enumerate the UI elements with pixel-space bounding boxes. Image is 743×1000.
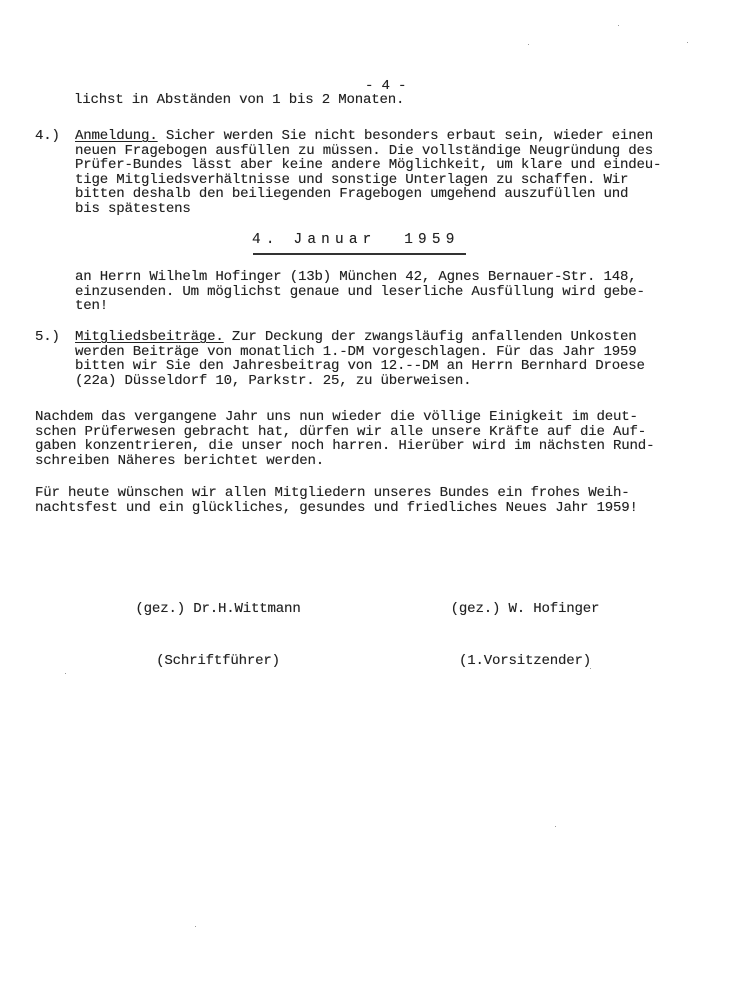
item-first-line-text: Sicher werden Sie nicht besonders erbaut… [158,128,653,144]
item-first-line-text: Zur Deckung der zwangsläufig anfallenden… [224,329,637,345]
item-number: 5.) [35,330,60,345]
document-page: - 4 - lichst in Abständen von 1 bis 2 Mo… [0,0,743,1000]
item-line: neuen Fragebogen ausfüllen zu müssen. Di… [75,144,653,159]
paragraph-line: schreiben Näheres berichtet werden. [35,454,324,469]
signatory-name: (gez.) Dr.H.Wittmann [118,602,318,617]
continuation-line: lichst in Abständen von 1 bis 2 Monaten. [74,93,404,108]
paragraph-line: schen Prüferwesen gebracht hat, dürfen w… [35,425,646,440]
signatory-name: (gez.) W. Hofinger [425,602,625,617]
signature-left: (gez.) Dr.H.Wittmann (Schriftführer) [118,573,318,698]
item-line: werden Beiträge von monatlich 1.-DM vorg… [75,345,637,360]
item-line: ten! [75,299,108,314]
item-first-line: Anmeldung. Sicher werden Sie nicht beson… [75,129,653,144]
item-heading: Anmeldung. [75,128,158,144]
item-number: 4.) [35,129,60,144]
deadline-date: 4. Januar 1959 [252,233,460,248]
item-heading: Mitgliedsbeiträge. [75,329,224,345]
item-line: Prüfer-Bundes lässt aber keine andere Mö… [75,158,661,173]
item-line: bitten wir Sie den Jahresbeitrag von 12.… [75,359,645,374]
signature-right: (gez.) W. Hofinger (1.Vorsitzender) [425,573,625,698]
deadline-underline [253,253,466,255]
item-first-line: Mitgliedsbeiträge. Zur Deckung der zwang… [75,330,637,345]
paragraph-line: gaben konzentrieren, die unser noch harr… [35,439,654,454]
paragraph-line: Für heute wünschen wir allen Mitgliedern… [35,486,630,501]
item-line: einzusenden. Um möglichst genaue und les… [75,285,645,300]
item-line: (22a) Düsseldorf 10, Parkstr. 25, zu übe… [75,374,471,389]
item-line: an Herrn Wilhelm Hofinger (13b) München … [75,270,637,285]
paragraph-line: Nachdem das vergangene Jahr uns nun wied… [35,410,638,425]
item-line: bitten deshalb den beiliegenden Fragebog… [75,187,628,202]
paragraph-line: nachtsfest und ein glückliches, gesundes… [35,501,638,516]
signatory-role: (Schriftführer) [118,654,318,669]
signatory-role: (1.Vorsitzender) [425,654,625,669]
item-line: bis spätestens [75,202,191,217]
